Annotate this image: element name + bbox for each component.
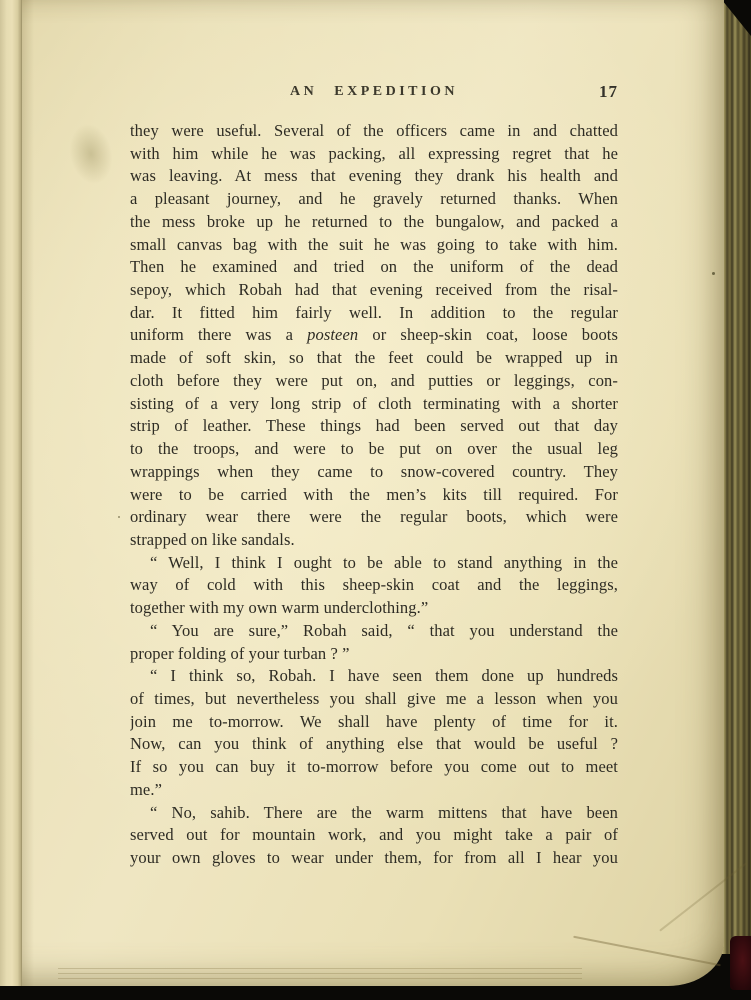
text-line: the mess broke up he returned to the bun… (130, 211, 618, 234)
text-line: way of cold with this sheep-skin coat an… (130, 574, 618, 597)
text-line: “ I think so, Robah. I have seen them do… (130, 665, 618, 688)
text-line: ordinary wear there were the regular boo… (130, 506, 618, 529)
text-block: they were useful. Several of the officer… (130, 120, 618, 870)
text-line: dar. It fitted him fairly well. In addit… (130, 302, 618, 325)
text-line: Now, can you think of anything else that… (130, 733, 618, 756)
page-bottom-edge-texture (58, 968, 582, 981)
text-line: “ Well, I think I ought to be able to st… (130, 552, 618, 575)
text-line: proper folding of your turban ? ” (130, 643, 618, 666)
book-page: AN EXPEDITION 17 they were useful. Sever… (0, 0, 724, 986)
gutter-page-edge (0, 0, 22, 986)
gutter-fold-shadow (22, 0, 34, 986)
running-head: AN EXPEDITION (130, 84, 618, 100)
ink-speck (712, 272, 715, 275)
ink-speck (118, 516, 120, 518)
text-line: strapped on like sandals. (130, 529, 618, 552)
text-line: to the troops, and were to be put on ove… (130, 438, 618, 461)
text-line: If so you can buy it to-morrow before yo… (130, 756, 618, 779)
text-line: they were useful. Several of the officer… (130, 120, 618, 143)
text-line: were to be carried with the men’s kits t… (130, 484, 618, 507)
scanned-book-photo: AN EXPEDITION 17 they were useful. Sever… (0, 0, 751, 1000)
text-line: made of soft skin, so that the feet coul… (130, 347, 618, 370)
text-line: Then he examined and tried on the unifor… (130, 256, 618, 279)
text-line: together with my own warm underclothing.… (130, 597, 618, 620)
page-header: AN EXPEDITION 17 (130, 84, 618, 106)
text-line: small canvas bag with the suit he was go… (130, 234, 618, 257)
text-line: served out for mountain work, and you mi… (130, 824, 618, 847)
text-line: cloth before they were put on, and putti… (130, 370, 618, 393)
text-line: uniform there was a posteen or sheep-ski… (130, 324, 618, 347)
text-line: was leaving. At mess that evening they d… (130, 165, 618, 188)
book-cover-glimpse (730, 936, 751, 990)
text-line: “ No, sahib. There are the warm mittens … (130, 802, 618, 825)
margin-smudge (54, 107, 128, 201)
text-line: sepoy, which Robah had that evening rece… (130, 279, 618, 302)
text-line: strip of leather. These things had been … (130, 415, 618, 438)
text-line: me.” (130, 779, 618, 802)
crease-line (573, 936, 721, 967)
text-line: sisting of a very long strip of cloth te… (130, 393, 618, 416)
text-line: a pleasant journey, and he gravely retur… (130, 188, 618, 211)
page-number: 17 (599, 82, 618, 102)
text-line: with him while he was packing, all expre… (130, 143, 618, 166)
text-line: join me to-morrow. We shall have plenty … (130, 711, 618, 734)
text-line: your own gloves to wear under them, for … (130, 847, 618, 870)
text-line: wrappings when they came to snow-covered… (130, 461, 618, 484)
book-fore-edge-pages (722, 0, 751, 954)
text-line: of times, but nevertheless you shall giv… (130, 688, 618, 711)
text-line: “ You are sure,” Robah said, “ that you … (130, 620, 618, 643)
